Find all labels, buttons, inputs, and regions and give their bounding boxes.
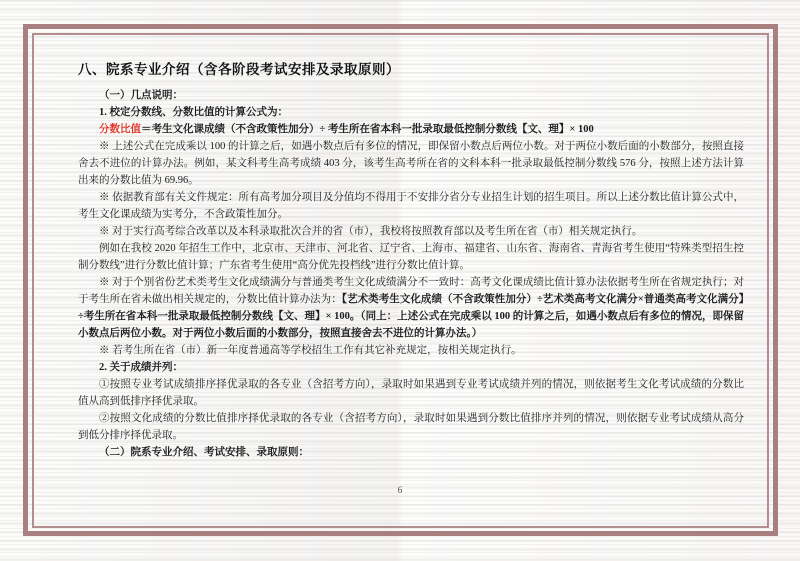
formula-body-text: ＝考生文化课成绩（不含政策性加分）÷ 考生所在省本科一批录取最低控制分数线【文、… [141,124,594,135]
section-heading: 八、院系专业介绍（含各阶段考试安排及录取原则） [78,58,744,78]
note-reform-provinces: ※ 对于实行高考综合改革以及本科录取批次合并的省（市），我校将按照教育部以及考生… [78,223,744,240]
formula-intro-line: 1. 校定分数线、分数比值的计算公式为： [78,104,744,121]
tie-rule-major-score: ①按照专业考试成绩排序择优录取的各专业（含招考方向），录取时如果遇到专业考试成绩… [78,376,744,410]
tie-rule-culture-score: ②按照文化成绩的分数比值排序择优录取的各专业（含招考方向），录取时如果遇到分数比… [78,410,744,444]
example-2020-provinces: 例如在我校 2020 年招生工作中，北京市、天津市、河北省、辽宁省、上海市、福建… [78,240,744,274]
subsection-notes-label: （一）几点说明： [78,87,744,104]
note-rounding-rule: ※ 上述公式在完成乘以 100 的计算之后，如遇小数点后有多位的情况，即保留小数… [78,138,744,189]
tie-score-label: 2. 关于成绩并列： [78,359,744,376]
page-number: 6 [0,486,800,496]
note-moe-policy: ※ 依据教育部有关文件规定：所有高考加分项目及分值均不得用于不安排分省分专业招生… [78,189,744,223]
subsection-departments-label: （二）院系专业介绍、考试安排、录取原则： [78,444,744,461]
formula-term-highlight: 分数比值 [99,124,141,135]
note-art-score-rule: ※ 对于个别省份艺术类考生文化成绩满分与普通类考生文化成绩满分不一致时：高考文化… [78,274,744,342]
score-ratio-formula-line: 分数比值＝考生文化课成绩（不含政策性加分）÷ 考生所在省本科一批录取最低控制分数… [78,121,744,138]
note-supplementary-rules: ※ 若考生所在省（市）新一年度普通高等学校招生工作有其它补充规定，按相关规定执行… [78,342,744,359]
document-content: 八、院系专业介绍（含各阶段考试安排及录取原则） （一）几点说明： 1. 校定分数… [78,58,744,461]
